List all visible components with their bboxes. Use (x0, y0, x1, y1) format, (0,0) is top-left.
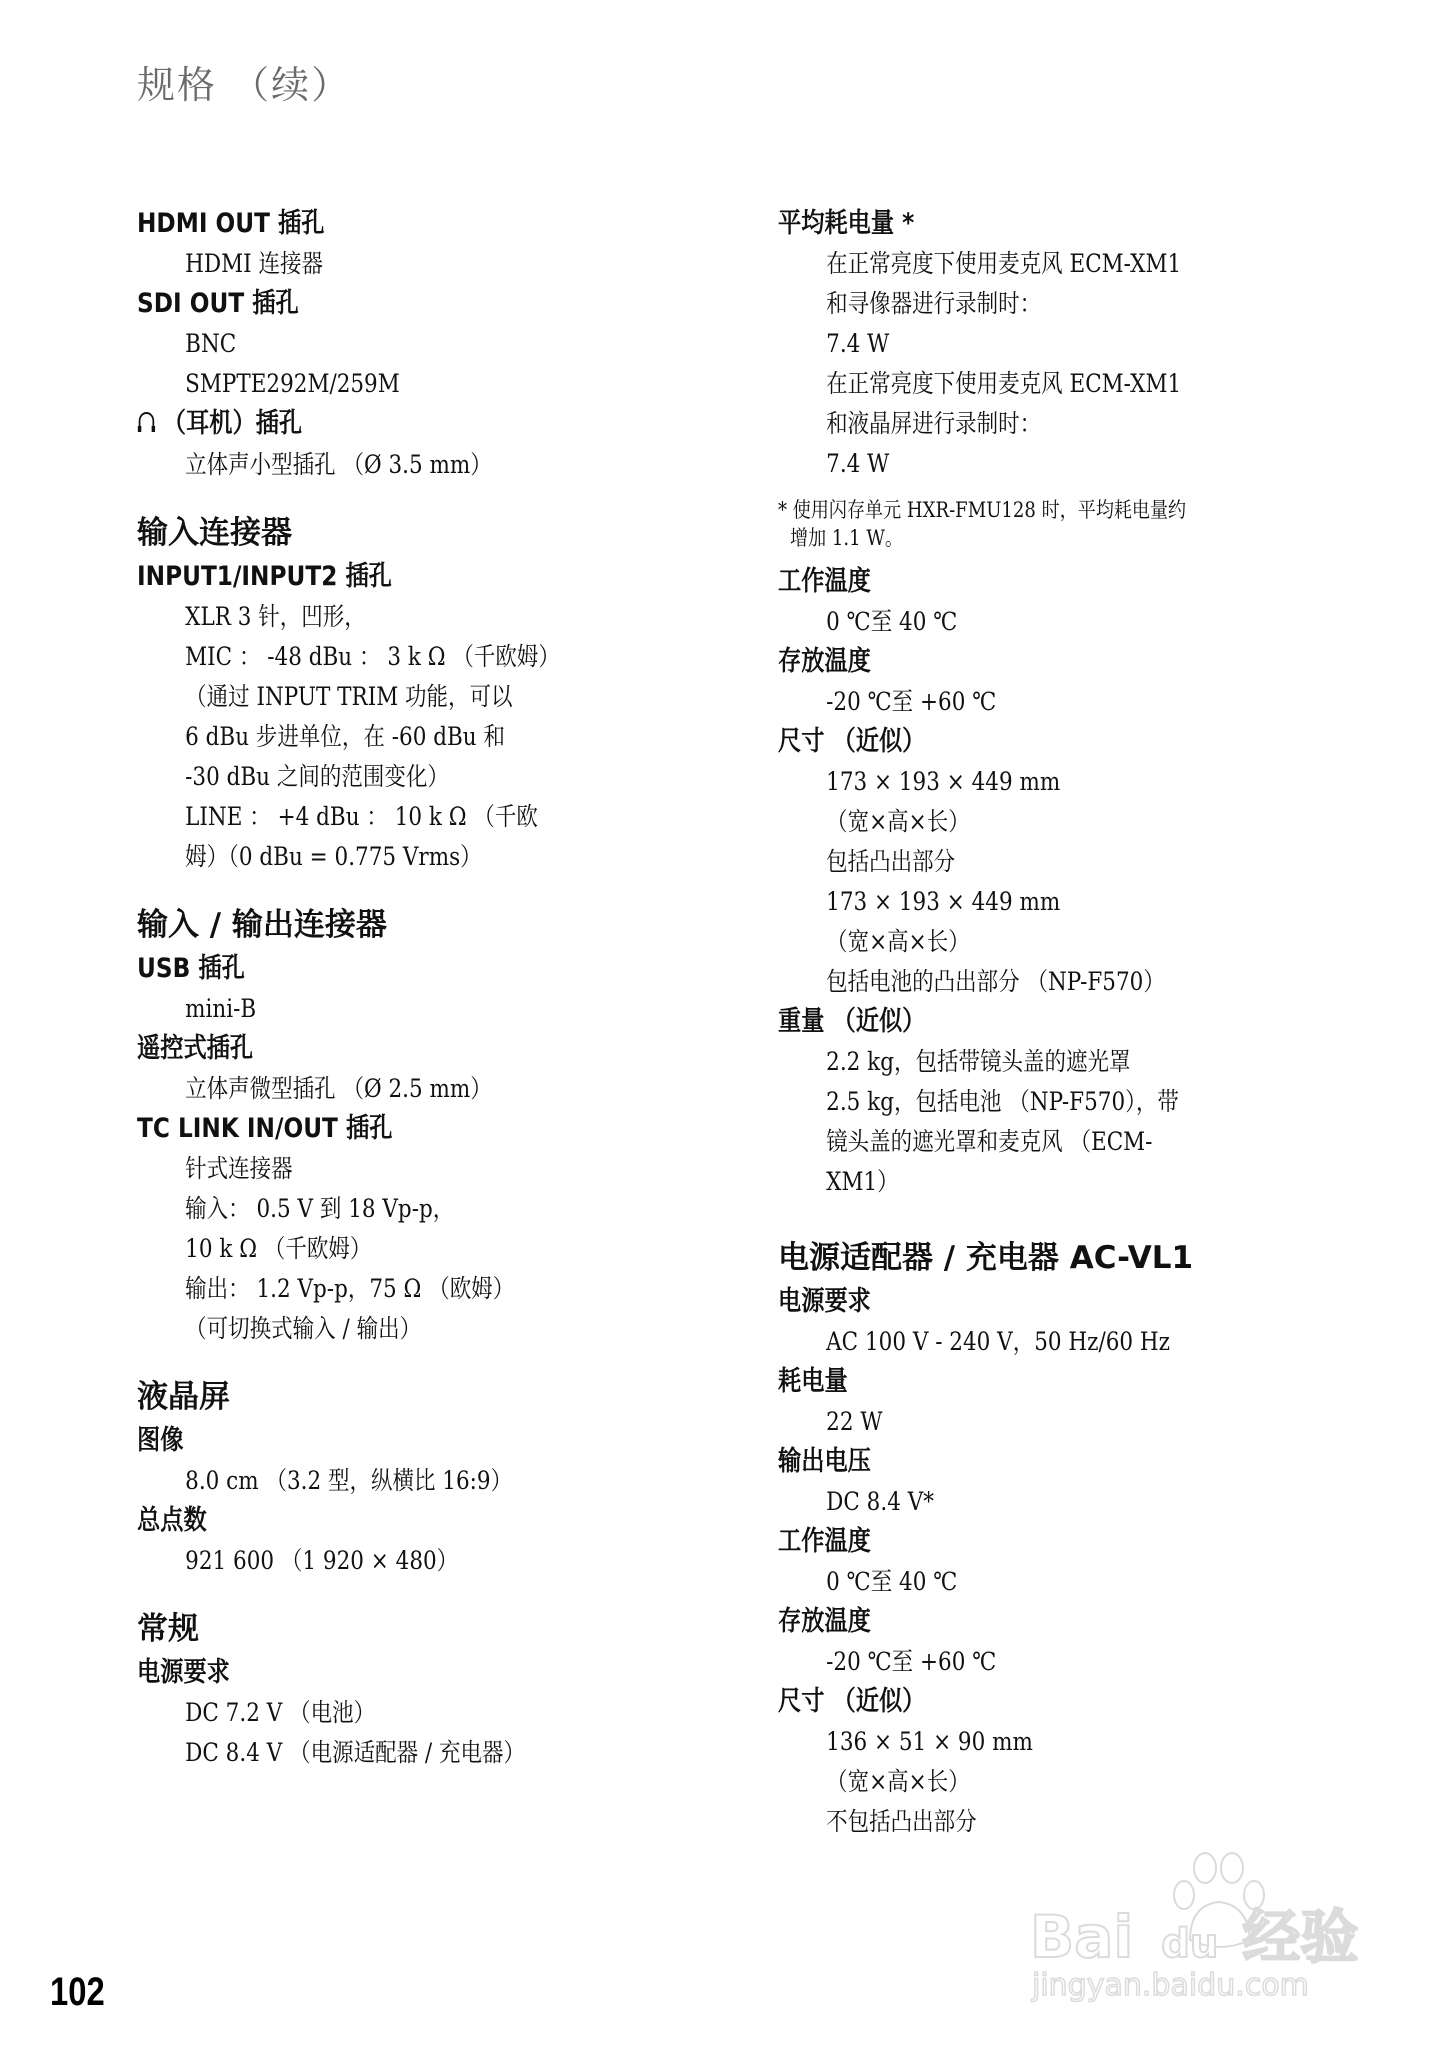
spec-value: 输入： 0.5 V 到 18 Vp-p， (137, 1189, 653, 1229)
baidu-watermark: Baidu经验 jingyan.baidu.com (1030, 1850, 1370, 2010)
spec-label-headphones: （耳机）插孔 (137, 404, 653, 445)
footnote: * 使用闪存单元 HXR-FMU128 时，平均耗电量约 增加 1.1 W。 (778, 496, 1294, 552)
spec-value: -20 ℃至 +60 ℃ (778, 682, 1294, 722)
spec-label-dots: 总点数 (137, 1501, 653, 1541)
spec-value: 10 k Ω （千欧姆） (137, 1229, 653, 1269)
left-column: HDMI OUT 插孔 HDMI 连接器 SDI OUT 插孔 BNC SMPT… (137, 204, 737, 1773)
spec-value: 173 × 193 × 449 mm (778, 762, 1294, 802)
watermark-url: jingyan.baidu.com (1032, 1968, 1309, 2003)
spec-label-consumption: 耗电量 (778, 1362, 1294, 1402)
spec-label-hdmi: HDMI OUT 插孔 (137, 204, 653, 244)
spec-value: MIC ： -48 dBu ： 3 k Ω （千欧姆） (137, 637, 653, 677)
spec-label-storage-temp: 存放温度 (778, 1602, 1294, 1642)
spec-value: （宽×高×长） (778, 1762, 1294, 1802)
spec-label-dimensions: 尺寸 （近似） (778, 1682, 1294, 1722)
spec-value: （宽×高×长） (778, 802, 1294, 842)
spec-label-operating-temp: 工作温度 (778, 1522, 1294, 1562)
spec-label-dimensions: 尺寸 （近似） (778, 722, 1294, 762)
headphones-icon (137, 405, 156, 445)
right-column: 平均耗电量 * 在正常亮度下使用麦克风 ECM-XM1 和寻像器进行录制时： 7… (778, 204, 1378, 1842)
spec-value: mini-B (137, 989, 653, 1029)
spec-value: （宽×高×长） (778, 922, 1294, 962)
spec-label-input: INPUT1/INPUT2 插孔 (137, 557, 653, 597)
spec-label-storage-temp: 存放温度 (778, 642, 1294, 682)
section-title-input-connectors: 输入连接器 (137, 511, 737, 555)
spec-label-power-req: 电源要求 (778, 1282, 1294, 1322)
spec-value: DC 8.4 V （电源适配器 / 充电器） (137, 1733, 653, 1773)
spec-value: （可切换式输入 / 输出） (137, 1309, 653, 1349)
spec-value: 镜头盖的遮光罩和麦克风 （ECM- (778, 1122, 1294, 1162)
section-title-io-connectors: 输入 / 输出连接器 (137, 903, 737, 947)
spec-value: XM1） (778, 1162, 1294, 1202)
spec-value: 8.0 cm （3.2 型，纵横比 16:9） (137, 1461, 653, 1501)
spec-label-remote: 遥控式插孔 (137, 1029, 653, 1069)
spec-value: 姆）（0 dBu = 0.775 Vrms） (137, 837, 653, 877)
spec-value: 0 ℃至 40 ℃ (778, 1562, 1294, 1602)
spec-value: 136 × 51 × 90 mm (778, 1722, 1294, 1762)
spec-value: AC 100 V - 240 V，50 Hz/60 Hz (778, 1322, 1294, 1362)
spec-value: 针式连接器 (137, 1149, 653, 1189)
spec-value: -30 dBu 之间的范围变化） (137, 757, 653, 797)
spec-value: HDMI 连接器 (137, 244, 653, 284)
spec-label-sdi: SDI OUT 插孔 (137, 284, 653, 324)
spec-value: 和液晶屏进行录制时： (778, 404, 1294, 444)
spec-value: DC 7.2 V （电池） (137, 1693, 653, 1733)
section-title-adapter: 电源适配器 / 充电器 AC-VL1 (778, 1236, 1378, 1280)
spec-label-tc-link: TC LINK IN/OUT 插孔 (137, 1109, 653, 1149)
spec-value: 2.5 kg，包括电池 （NP-F570），带 (778, 1082, 1294, 1122)
page-number: 102 (50, 1970, 105, 2015)
spec-value: 包括凸出部分 (778, 842, 1294, 882)
spec-label-output-voltage: 输出电压 (778, 1442, 1294, 1482)
section-title-lcd: 液晶屏 (137, 1375, 737, 1419)
spec-label-image: 图像 (137, 1421, 653, 1461)
spec-label-operating-temp: 工作温度 (778, 562, 1294, 602)
spec-label-avg-power: 平均耗电量 * (778, 204, 1294, 244)
spec-value: 包括电池的凸出部分 （NP-F570） (778, 962, 1294, 1002)
spec-value: SMPTE292M/259M (137, 364, 653, 404)
spec-value: LINE ： +4 dBu ： 10 k Ω （千欧 (137, 797, 653, 837)
section-title-general: 常规 (137, 1607, 737, 1651)
spec-value: 0 ℃至 40 ℃ (778, 602, 1294, 642)
spec-label-power: 电源要求 (137, 1653, 653, 1693)
spec-value: BNC (137, 324, 653, 364)
spec-value: 173 × 193 × 449 mm (778, 882, 1294, 922)
spec-value: -20 ℃至 +60 ℃ (778, 1642, 1294, 1682)
watermark-brand: Baidu经验 (1030, 1890, 1358, 1974)
spec-label-weight: 重量 （近似） (778, 1002, 1294, 1042)
page-title: 规格 （续） (137, 54, 351, 109)
spec-value: 2.2 kg，包括带镜头盖的遮光罩 (778, 1042, 1294, 1082)
spec-value: XLR 3 针，凹形， (137, 597, 653, 637)
spec-value: （通过 INPUT TRIM 功能，可以 (137, 677, 653, 717)
spec-value: 6 dBu 步进单位，在 -60 dBu 和 (137, 717, 653, 757)
spec-value: 立体声微型插孔 （Ø 2.5 mm） (137, 1069, 653, 1109)
spec-value: 和寻像器进行录制时： (778, 284, 1294, 324)
spec-value: 输出： 1.2 Vp-p，75 Ω （欧姆） (137, 1269, 653, 1309)
spec-value: 在正常亮度下使用麦克风 ECM-XM1 (778, 364, 1294, 404)
spec-value: 7.4 W (778, 444, 1294, 484)
spec-value: DC 8.4 V* (778, 1482, 1294, 1522)
spec-label-usb: USB 插孔 (137, 949, 653, 989)
spec-value: 22 W (778, 1402, 1294, 1442)
spec-value: 立体声小型插孔 （Ø 3.5 mm） (137, 445, 653, 485)
spec-value: 不包括凸出部分 (778, 1802, 1294, 1842)
spec-value: 921 600 （1 920 × 480） (137, 1541, 653, 1581)
spec-value: 在正常亮度下使用麦克风 ECM-XM1 (778, 244, 1294, 284)
spec-value: 7.4 W (778, 324, 1294, 364)
